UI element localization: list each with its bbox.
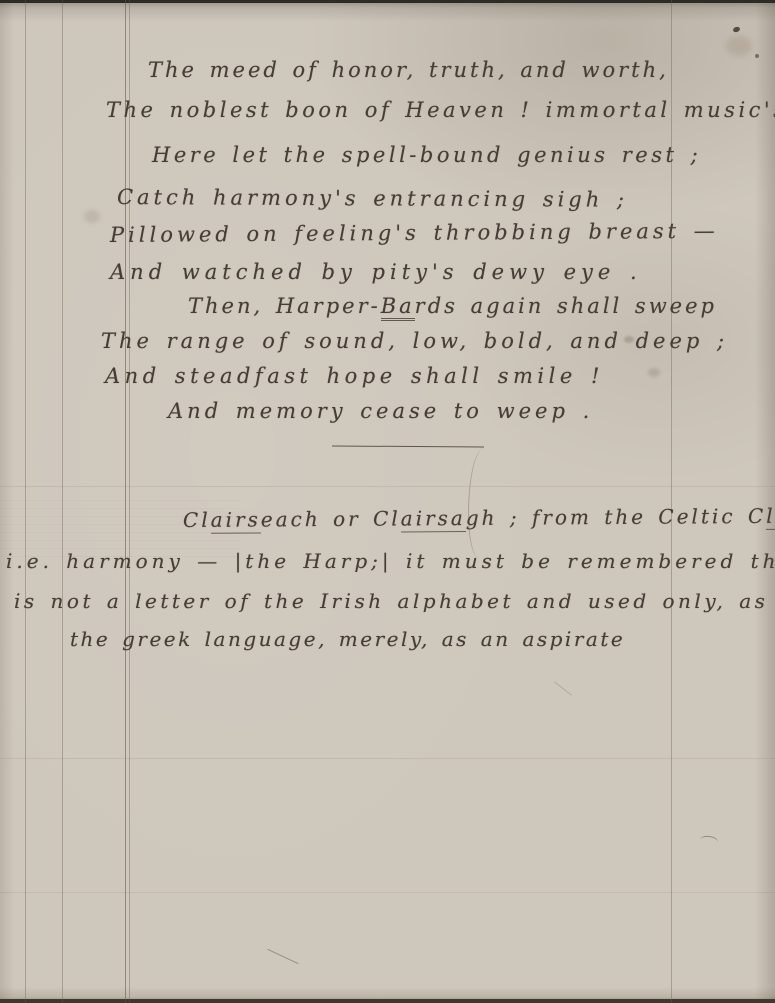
- poem-line-7-emphasis: Ba: [381, 294, 415, 321]
- scan-top-edge: [0, 0, 775, 3]
- poem-line-10: And memory cease to weep .: [168, 396, 593, 426]
- footnote-line-3: is not a letter of the Irish alphabet an…: [14, 586, 775, 616]
- poem-line-4: Catch harmony's entrancing sigh ;: [117, 182, 628, 215]
- faint-horizontal-rule-3: [0, 892, 775, 893]
- footnote-line-1-s4: Cl: [373, 506, 401, 530]
- poem-line-3: Here let the spell-bound genius rest ;: [152, 140, 701, 170]
- poem-line-7: Then, Harper-Bards again shall sweep: [188, 291, 717, 321]
- poem-line-1: The meed of honor, truth, and worth,: [148, 55, 669, 85]
- section-divider-line: [332, 445, 484, 447]
- faint-horizontal-rule-2: [0, 758, 775, 759]
- stain: [624, 336, 634, 343]
- footnote-line-1-s2: airs: [211, 507, 261, 533]
- ink-speck: [732, 26, 740, 33]
- manuscript-page: The meed of honor, truth, and worth, The…: [0, 0, 775, 1003]
- pencil-hairline: [554, 681, 572, 695]
- poem-line-6: And watched by pity's dewy eye .: [110, 257, 642, 287]
- poem-line-8: The range of sound, low, bold, and deep …: [101, 326, 728, 356]
- pencil-squiggle: [699, 835, 718, 847]
- footnote-line-1-s1: Cl: [183, 508, 211, 532]
- pencil-hairline: [267, 949, 298, 964]
- footnote-line-1-s3: each or: [261, 507, 373, 532]
- ink-speck: [755, 54, 759, 58]
- footnote-line-1-s7: C: [748, 504, 766, 528]
- footnote-line-1-s8: las: [766, 504, 775, 530]
- poem-line-7-part1: Then, Harper-: [188, 294, 381, 318]
- stain: [726, 36, 752, 56]
- footnote-line-2: i.e. harmony — |the Harp;| it must be re…: [6, 546, 775, 576]
- footnote-line-4: the greek language, merely, as an aspira…: [70, 624, 625, 654]
- poem-line-9: And steadfast hope shall smile !: [105, 361, 604, 391]
- poem-line-5: Pillowed on feeling's throbbing breast —: [110, 216, 719, 250]
- footnote-line-1-s5: airsa: [401, 506, 466, 532]
- stain: [648, 368, 660, 377]
- footnote-line-1-s6: gh ; from the Celtic: [466, 504, 748, 530]
- poem-line-2: The noblest boon of Heaven ! immortal mu…: [106, 95, 775, 125]
- stain: [84, 210, 100, 223]
- poem-line-7-part2: rds again shall sweep: [415, 294, 717, 318]
- pencil-crease: [468, 448, 495, 558]
- faint-horizontal-rule-1: [0, 486, 775, 487]
- scan-bottom-edge: [0, 999, 775, 1003]
